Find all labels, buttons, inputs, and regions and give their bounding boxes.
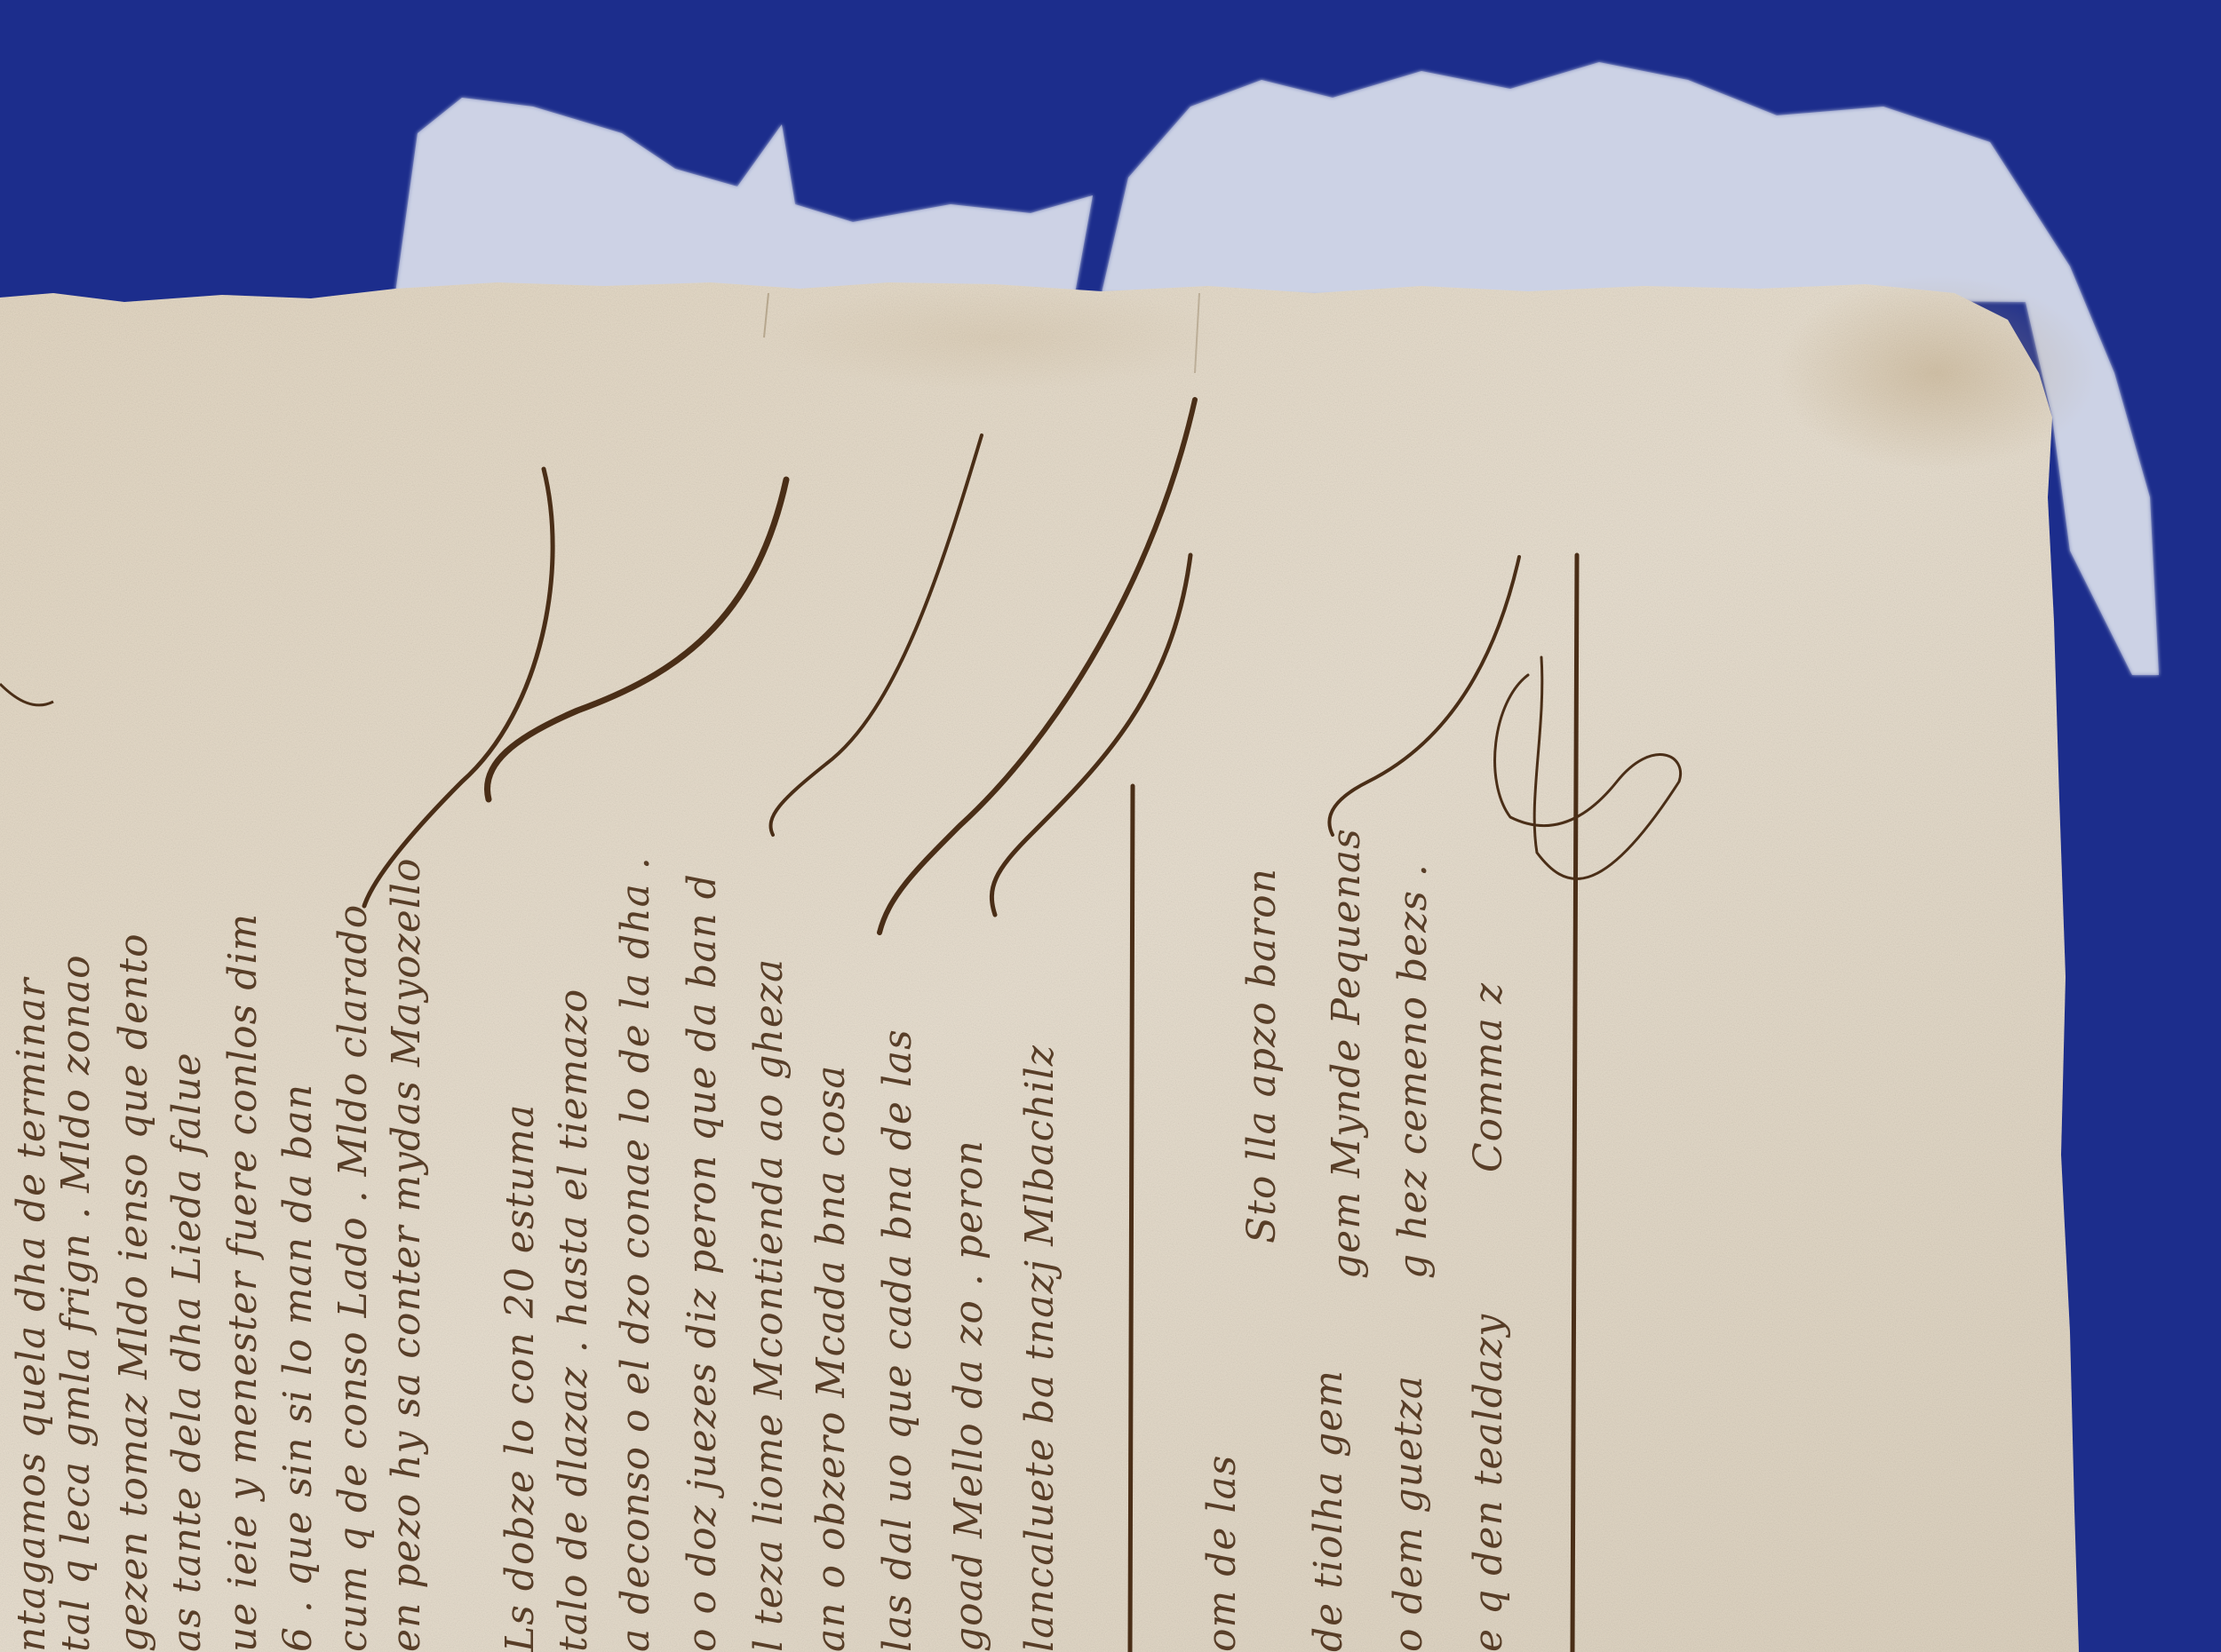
manuscript-illustration bbox=[0, 0, 2221, 1652]
manuscript-photo: ntagamos quela dha de terminar tal q lec… bbox=[0, 0, 2221, 1652]
paper-sheet bbox=[0, 282, 2079, 1652]
